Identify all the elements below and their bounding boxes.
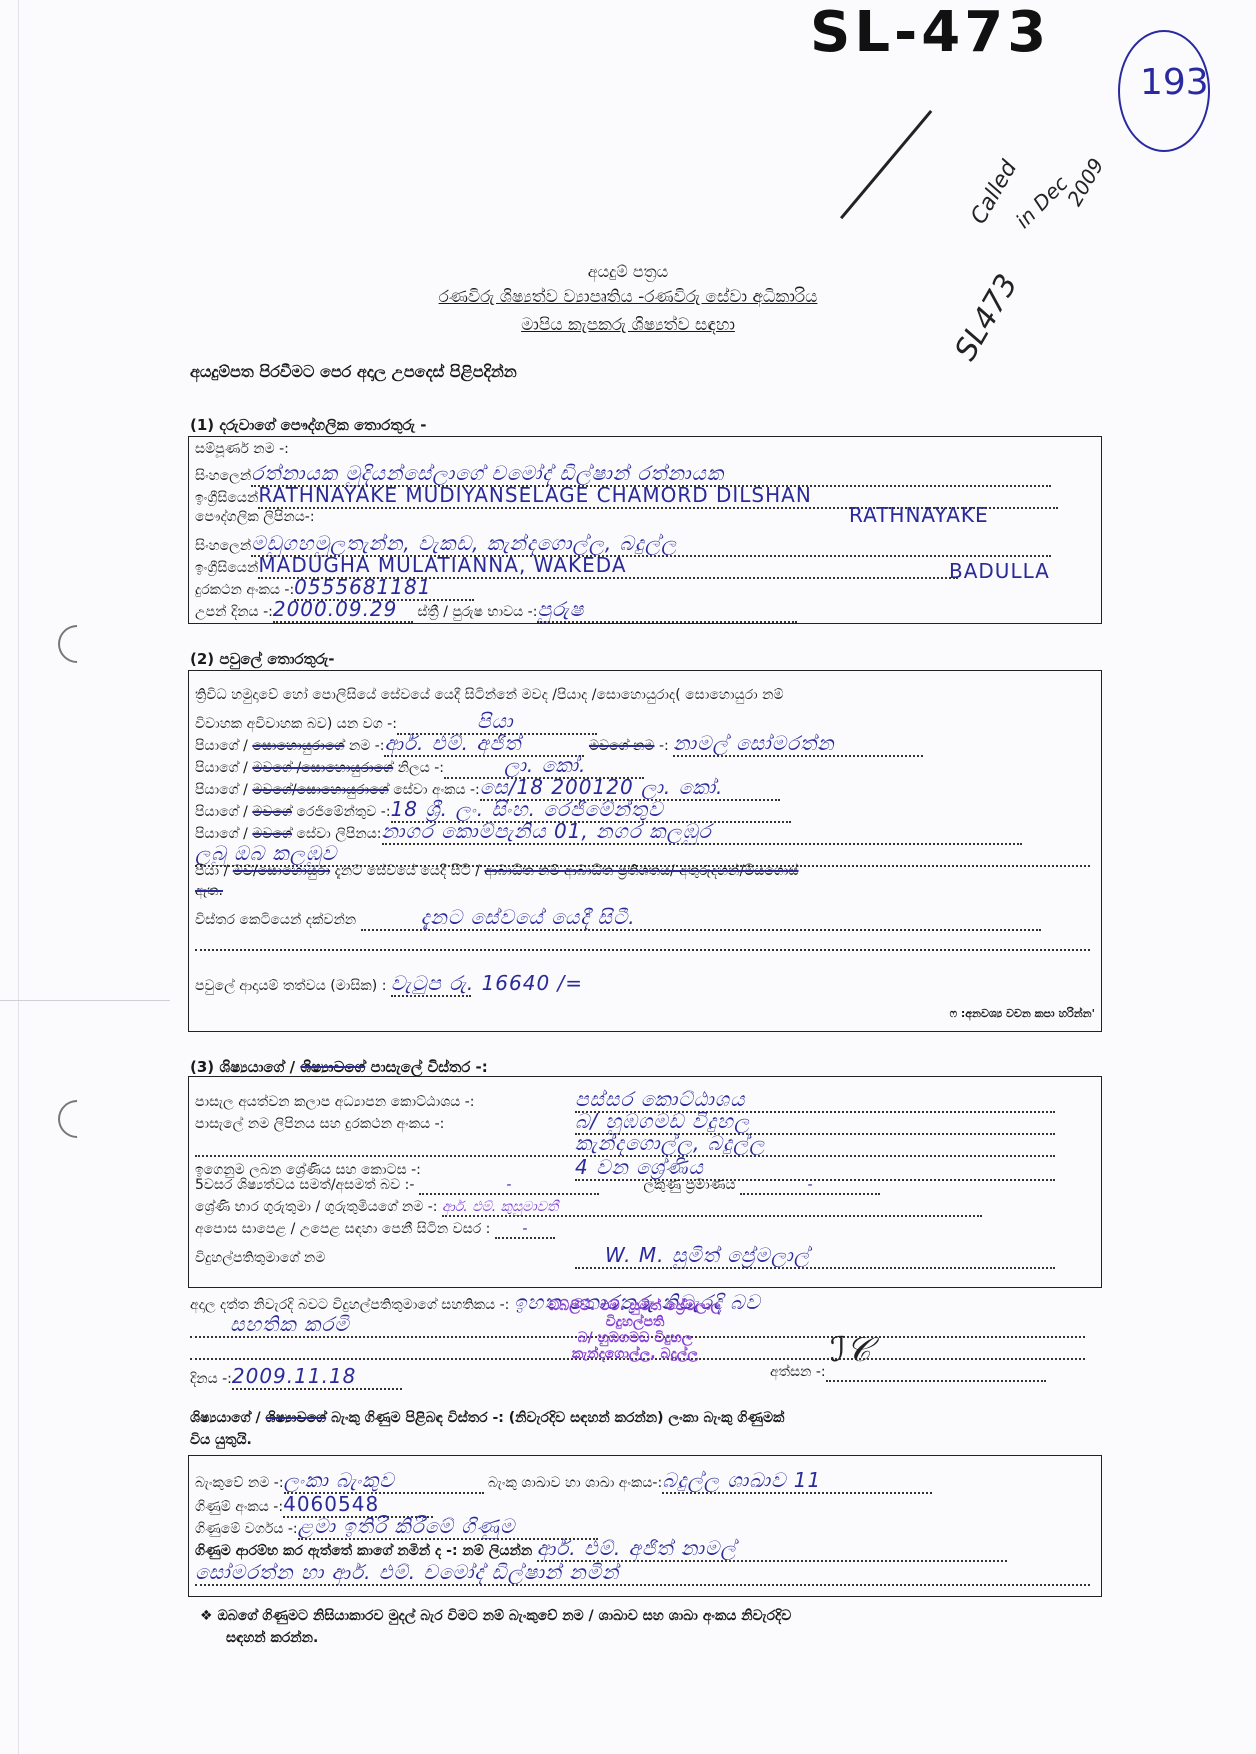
mother-name-value[interactable]: නාමල් සෝමරත්න [673, 731, 834, 755]
zone-label: පාසැල අයත්වන කලාප අධ්‍යාපන කොට්ඨාශය -: [195, 1094, 575, 1110]
date-value[interactable]: 2009.11.18 [232, 1364, 357, 1388]
marks-label: ලකුණු ප්‍රමාණය [643, 1177, 735, 1193]
fold-line [0, 1000, 170, 1001]
form-subtitle-1: රණවිරු ශිෂ්‍යත්ව ව්‍යාපෘතිය -රණවිරු සේවා… [0, 287, 1256, 307]
struck-label: මව/සොහොයුරා [233, 863, 330, 879]
branch-value[interactable]: බදුල්ල ශාඛාව 11 [662, 1468, 821, 1492]
service-address-value-cont[interactable]: ලබු ඔබ කලඹුව [195, 841, 337, 865]
scholarship-row: 5වසර ශිෂ්‍යත්වය සමත්/අසමත් බව :- - ලකුණු… [195, 1177, 880, 1195]
date-label: දිනය -: [190, 1371, 232, 1387]
struck-label: ශිෂ්‍යාවගේ [266, 1410, 327, 1426]
branch-label: බැංකු ශාඛාව හා ශාඛා අංකය-: [488, 1475, 662, 1491]
details-label: විස්තර කෙටියෙන් දක්වන්න [195, 912, 356, 928]
signature-row: අත්සන -: [770, 1364, 1046, 1382]
service-member-intro-2: විවාහක අවිවාහක බව) යන වග -: [195, 716, 397, 732]
teacher-label: ශ්‍රේණි භාර ගුරුතුමා / ගුරුතුමියගේ නම -: [195, 1199, 437, 1215]
service-number-value[interactable]: සෙ/18 200120 ලා. කෝ. [480, 775, 724, 799]
service-address-label-suffix: සේවා ලිපිනය: [296, 826, 381, 842]
zone-value[interactable]: පස්සර කොට්ඨාශය [575, 1087, 745, 1111]
teacher-value[interactable]: ආර්. එම්. කුසුමාවතී [442, 1199, 558, 1215]
struck-label: මවගේ [252, 826, 292, 842]
form-subtitle-2: මාපිය කැපකරු ශිෂ්‍යත්ව සඳහා [0, 315, 1256, 335]
father-name-label: පියාගේ / [195, 738, 248, 754]
struck-label: සොහොයුරාගේ [252, 738, 344, 754]
file-code-marker: SL-473 [810, 0, 1050, 65]
stamp-line-name: ඩබ්ලිව්. එම්. සුමිත් ප්‍රේමලාල [495, 1298, 775, 1314]
certification-value-cont[interactable]: සහතික කරමි [230, 1312, 350, 1336]
section-2-box: ත්‍රිවිධ හමුදාවේ හෝ පොලිසියේ සේවයේ යෙදී … [188, 670, 1102, 1032]
name-sinhala-value[interactable]: රත්නායක මුදියන්සේලාගේ චමෝද් ඩිල්ෂාන් රත්… [251, 461, 724, 485]
rank-label-suffix: නිලය -: [398, 760, 444, 776]
account-type-label: ගිණුමේ වර්ගය -: [195, 1521, 298, 1537]
signature-label: අත්සන -: [770, 1364, 826, 1380]
teacher-row: ශ්‍රේණි භාර ගුරුතුමා / ගුරුතුමියගේ නම -:… [195, 1199, 982, 1217]
mother-name-label: මවගේ නම [589, 738, 655, 754]
account-holder-row: ගිණුම ආරම්භ කර ඇත්තේ කාගේ නමින් ද -: නම්… [195, 1536, 1007, 1562]
service-address-label: පියාගේ / [195, 826, 248, 842]
bank-name-value[interactable]: ලංකා බැංකුව [284, 1468, 395, 1492]
regiment-value[interactable]: 18 ශ්‍රී. ලං. සිංහ. රෙජිමේන්තුව [391, 797, 664, 821]
form-title: අයදුම් පත්‍රය [0, 262, 1256, 282]
al-year-value[interactable]: - [522, 1221, 527, 1237]
stamp-line-title: විදුහල්පති [495, 1314, 775, 1330]
scholarship-value[interactable]: - [506, 1177, 511, 1193]
principal-stamp: ඩබ්ලිව්. එම්. සුමිත් ප්‍රේමලාල විදුහල්පත… [495, 1298, 775, 1362]
date-row: දිනය -:2009.11.18 [190, 1364, 402, 1390]
phone-label: දුරකථන අංකය -: [195, 582, 294, 598]
address-english-value-cont[interactable]: BADULLA [949, 559, 1050, 583]
struck-label: ශිෂ්‍යාවගේ [300, 1058, 365, 1076]
principal-label: විදුහල්පතිතුමාගේ නම [195, 1250, 575, 1266]
stamp-line-school: බ/ හුඹගමඩ විදුහල [495, 1330, 775, 1346]
school-value[interactable]: බ/ හුඹගමඩ විදුහල [575, 1109, 750, 1133]
name-english-value-cont[interactable]: RATHNAYAKE [849, 503, 989, 527]
al-year-row: අපොස සාපෙළ / උපෙළ සඳහා පෙනී සිටින වසර : … [195, 1221, 555, 1239]
principal-row: විදුහල්පතිතුමාගේ නමW. M. සුමිත් ප්‍රේමලා… [195, 1243, 1055, 1269]
section-3-heading-suffix: පාසැලේ විස්තර -: [371, 1058, 488, 1076]
service-address-value[interactable]: නාගර කොම්පැනිය 01, නගර කලඹුර [382, 819, 712, 843]
address-sinhala-label: සිංහලෙන් [195, 538, 251, 554]
account-holder-row-2: සෝමරත්න හා ආර්. එම්. චමෝද් ඩිල්ෂාන් නමින… [195, 1560, 1090, 1586]
status-label-current: දැනට සේවයේ යෙදී සිටී / [335, 863, 480, 879]
details-value[interactable]: දැනට සේවයේ යෙදී සිටී. [421, 905, 636, 929]
check-mark-icon [840, 110, 932, 219]
struck-label: ආබාධිත නම් ආබාධිත ප්‍රතිශතය/ අතුරුදහන්/ම… [484, 863, 798, 879]
rank-label: පියාගේ / [195, 760, 248, 776]
bank-note-text: ඔබගේ ගිණුමට නිසියාකාරව මුදල් බැර විමට නම… [217, 1608, 791, 1624]
scholarship-label: 5වසර ශිෂ්‍යත්වය සමත්/අසමත් බව :- [195, 1177, 414, 1193]
section-2-heading: (2) පවුලේ තොරතුරු- [190, 650, 335, 668]
name-english-value[interactable]: RATHNAYAKE MUDIYANSELAGE CHAMORD DILSHAN [258, 483, 811, 507]
bank-intro-2: විය යුතුයි. [190, 1432, 252, 1448]
name-english-label: ඉංග්‍රීසියෙන් [195, 490, 258, 506]
bank-box: බැංකුවේ නම -:ලංකා බැංකුව බැංකු ශාඛාව හා … [188, 1455, 1102, 1597]
address-sinhala-value[interactable]: මඩුගහමුලතැන්න, වැකඩ, කැන්දගොල්ල, බදුල්ල [251, 531, 677, 555]
account-type-value[interactable]: ළමා ඉතිරි කිරීමේ ගිණුම [298, 1514, 516, 1538]
certification-label: අදාල දත්ත නිවැරදි බවට විදුහල්පතිතුමාගේ ස… [190, 1297, 509, 1313]
income-value[interactable]: වැටුප රු. 16640 /= [391, 971, 583, 995]
school-label: පාසැලේ නම ලිපිනය සහ දුරකථන අංකය -: [195, 1116, 575, 1132]
signature-scribble: ℐ𝒞 [830, 1330, 871, 1370]
service-number-label-suffix: සේවා අංකය -: [393, 782, 480, 798]
dob-gender-row: උපන් දිනය -:2000.09.29 ස්ත්‍රී / පුරුෂ භ… [195, 597, 797, 623]
status-label: පියා / [195, 863, 228, 879]
section-3-box: පාසැල අයත්වන කලාප අධ්‍යාපන කොට්ඨාශය -:පස… [188, 1076, 1102, 1288]
side-note-in-dec: in Dec [1011, 171, 1073, 233]
income-row: පවුලේ ආදායම් තත්වය (මාසික) : වැටුප රු. 1… [195, 971, 471, 997]
al-year-label: අපොස සාපෙළ / උපෙළ සඳහා පෙනී සිටින වසර : [195, 1221, 490, 1237]
account-number-label: ගිණුම් අංකය -: [195, 1499, 283, 1515]
gender-label: ස්ත්‍රී / පුරුෂ භාවය -: [417, 604, 537, 620]
section-3-heading-text: (3) ශිෂ්‍යයාගේ / [190, 1058, 295, 1076]
struck-label: මවගේ /සොහොයුරාගේ [252, 760, 393, 776]
grade-value[interactable]: 4 වන ශ්‍රේණිය [575, 1155, 704, 1179]
details-row: විස්තර කෙටියෙන් දක්වන්න දැනට සේවයේ යෙදී … [195, 905, 1041, 931]
diamond-bullet-icon: ❖ [200, 1608, 213, 1624]
bank-note-2: සඳහන් කරන්න. [226, 1630, 318, 1646]
full-name-label: සම්පූර්ණ නම -: [195, 441, 289, 457]
dob-label: උපන් දිනය -: [195, 604, 273, 620]
punch-hole-top [50, 617, 104, 671]
status-label-struck-cont: ඇත. [195, 883, 223, 899]
section-1-heading: (1) දරුවාගේ පෞද්ගලික තොරතුරු - [190, 416, 427, 434]
name-sinhala-label: සිංහලෙන් [195, 468, 251, 484]
service-number-label: පියාගේ / [195, 782, 248, 798]
grade-label: ඉගෙනුම ලබන ශ්‍රේණිය සහ කොටස -: [195, 1162, 575, 1178]
page-number: 193 [1140, 62, 1209, 103]
phone-value[interactable]: 0555681181 [294, 575, 431, 599]
strike-footnote: ෆ :අනවශ්‍ය වචන කපා හරින්න' [950, 1007, 1095, 1021]
rank-value[interactable]: ලා. කෝ. [504, 753, 586, 777]
regiment-label-suffix: රෙජිමේන්තුව -: [296, 804, 390, 820]
income-label: පවුලේ ආදායම් තත්වය (මාසික) : [195, 978, 386, 994]
father-name-label-suffix: නම -: [349, 738, 385, 754]
service-member-intro-1: ත්‍රිවිධ හමුදාවේ හෝ පොලිසියේ සේවයේ යෙදී … [195, 687, 784, 703]
account-holder-value-cont[interactable]: සෝමරත්න හා ආර්. එම්. චමෝද් ඩිල්ෂාන් නමින… [195, 1560, 619, 1584]
principal-value[interactable]: W. M. සුමිත් ප්‍රේමලාල් [605, 1243, 810, 1267]
bank-name-row: බැංකුවේ නම -:ලංකා බැංකුව බැංකු ශාඛාව හා … [195, 1468, 932, 1494]
section-3-heading: (3) ශිෂ්‍යයාගේ / ශිෂ්‍යාවගේ පාසැලේ විස්ත… [190, 1058, 488, 1076]
bank-intro-text-cont: බැංකු ගිණුම පිළිබඳ විස්තර -: (නිවැරදිව ස… [331, 1410, 784, 1426]
status-row: පියා / මව/සොහොයුරා දැනට සේවයේ යෙදී සිටී … [195, 863, 799, 879]
bank-intro: ශිෂ්‍යයාගේ / ශිෂ්‍යාවගේ බැංකු ගිණුම පිළි… [190, 1410, 784, 1426]
account-number-value[interactable]: 4060548 [283, 1492, 379, 1516]
dob-value[interactable]: 2000.09.29 [273, 597, 398, 621]
marks-value[interactable]: - [807, 1177, 812, 1193]
account-holder-label: ගිණුම ආරම්භ කර ඇත්තේ කාගේ නමින් ද -: නම්… [195, 1543, 532, 1559]
bank-name-label: බැංකුවේ නම -: [195, 1475, 284, 1491]
father-name-value[interactable]: ආර්. එම්. අජිත් [384, 731, 521, 755]
punch-hole-bottom [50, 1092, 104, 1146]
address-english-label: ඉංග්‍රීසියෙන් [195, 560, 258, 576]
address-label: පෞද්ගලික ලිපිනය-: [195, 509, 315, 525]
stamp-line-location: කැන්දගොල්ල, බදුල්ල [495, 1346, 775, 1362]
section-1-box: සම්පූර්ණ නම -: සිංහලෙන්රත්නායක මුදියන්සේ… [188, 436, 1102, 624]
gender-value[interactable]: පුරුෂ [537, 597, 584, 621]
side-note-year: 2009 [1062, 154, 1108, 210]
struck-label: මවගේ [252, 804, 292, 820]
school-value-cont[interactable]: කැන්දගොල්ල, බදුල්ල [575, 1131, 765, 1155]
details-row-2 [195, 933, 1090, 951]
struck-label: මවගේ/සොහොයුරාගේ [252, 782, 388, 798]
instruction-text: අයදුම්පත පිරවීමට පෙර අදාල උපදෙස් පිළිපදි… [190, 362, 517, 382]
address-english-value[interactable]: MADUGHA MULATIANNA, WAKEDA [258, 553, 626, 577]
account-holder-value[interactable]: ආර්. එම්. අජිත් නාමල් [537, 1536, 737, 1560]
regiment-label: පියාගේ / [195, 804, 248, 820]
service-member-value[interactable]: පියා [477, 709, 514, 733]
school-row-2: කැන්දගොල්ල, බදුල්ල [195, 1131, 1055, 1157]
bank-intro-text: ශිෂ්‍යයාගේ / [190, 1410, 261, 1426]
bank-note: ❖ ඔබගේ ගිණුමට නිසියාකාරව මුදල් බැර විමට … [200, 1608, 791, 1624]
